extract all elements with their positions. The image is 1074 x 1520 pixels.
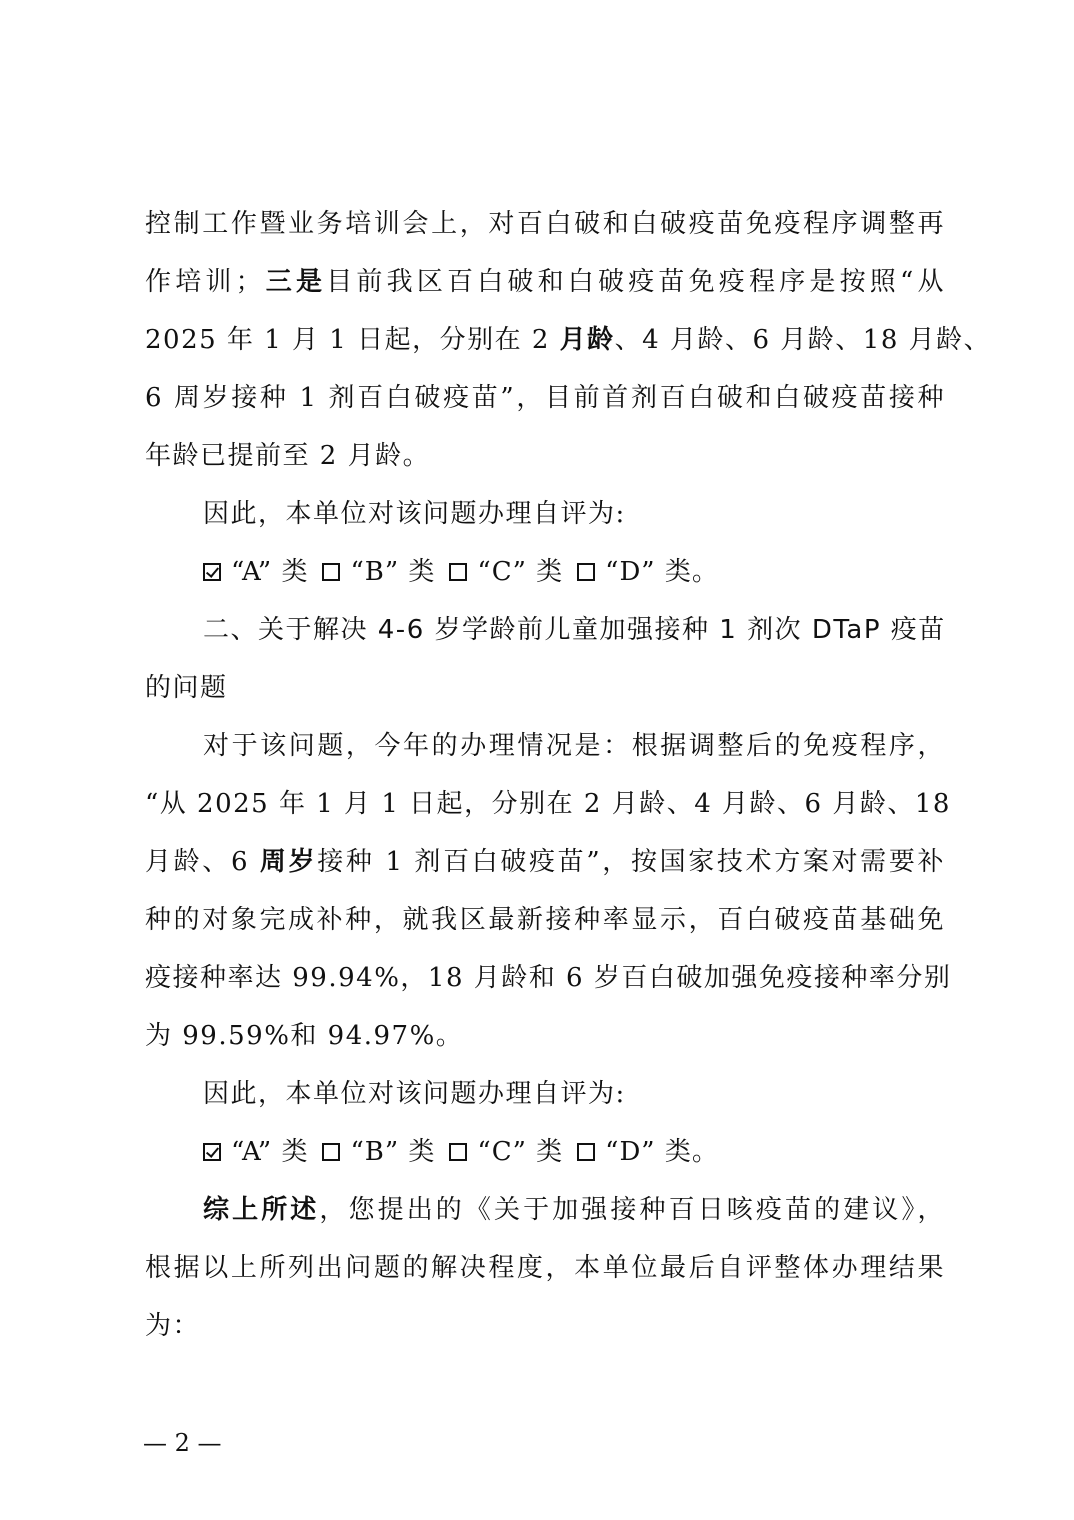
page-number: — 2 — <box>143 1428 222 1458</box>
para2-line2: “从 2025 年 1 月 1 日起，分别在 2 月龄、4 月龄、6 月龄、18 <box>145 788 945 820</box>
para1-line5: 年龄已提前至 2 月龄。 <box>145 440 945 472</box>
para2-line5: 疫接种率达 99.94%，18 月龄和 6 岁百白破加强免疫接种率分别 <box>145 962 945 994</box>
option-b-label: “B” 类 <box>350 556 435 588</box>
conclusion-line3: 为： <box>145 1310 945 1342</box>
conclusion-line2: 根据以上所列出问题的解决程度，本单位最后自评整体办理结果 <box>145 1252 945 1284</box>
document-page: 控制工作暨业务培训会上，对百白破和白破疫苗免疫程序调整再 作培训；三是目前我区百… <box>0 0 1074 1520</box>
para1-line1: 控制工作暨业务培训会上，对百白破和白破疫苗免疫程序调整再 <box>145 208 945 240</box>
para1-line4: 6 周岁接种 1 剂百白破疫苗”，目前首剂百白破和白破疫苗接种 <box>145 382 945 414</box>
checkbox-empty-icon <box>322 1143 340 1161</box>
conclusion-line1-text: ，您提出的《关于加强接种百日咳疫苗的建议》， <box>319 1195 945 1225</box>
para1-line2: 作培训；三是目前我区百白破和白破疫苗免疫程序是按照“从 <box>145 266 945 298</box>
checkbox-empty-icon <box>322 563 340 581</box>
para2-line4: 种的对象完成补种，就我区最新接种率显示，百白破疫苗基础免 <box>145 904 945 936</box>
para2-line3-text-a: 月龄、6 <box>145 847 260 877</box>
self-eval-1-options: “A” 类 “B” 类 “C” 类 “D” 类。 <box>203 556 733 588</box>
para2-line6: 为 99.59%和 94.97%。 <box>145 1020 945 1052</box>
checkbox-empty-icon <box>449 1143 467 1161</box>
para1-line2-text-a: 作培训； <box>145 267 263 297</box>
option-c-label: “C” 类 <box>477 556 563 588</box>
para2-line3: 月龄、6 周岁接种 1 剂百白破疫苗”，按国家技术方案对需要补 <box>145 846 945 878</box>
para2-line3-text-b: 接种 1 剂百白破疫苗”，按国家技术方案对需要补 <box>317 847 945 877</box>
para1-line2-text-b: 目前我区百白破和白破疫苗免疫程序是按照“从 <box>326 267 945 297</box>
para1-line2-bold: 三是 <box>263 267 326 297</box>
option-d-label: “D” 类。 <box>605 556 719 588</box>
para2-line1: 对于该问题，今年的办理情况是：根据调整后的免疫程序， <box>203 730 945 762</box>
self-eval-1-prompt: 因此，本单位对该问题办理自评为: <box>203 498 945 530</box>
checkbox-empty-icon <box>577 563 595 581</box>
self-eval-2-prompt: 因此，本单位对该问题办理自评为: <box>203 1078 945 1110</box>
section2-heading-line1: 二、关于解决 4-6 岁学龄前儿童加强接种 1 剂次 DTaP 疫苗 <box>203 614 945 646</box>
checkbox-empty-icon <box>449 563 467 581</box>
checkbox-empty-icon <box>577 1143 595 1161</box>
option-b-label: “B” 类 <box>350 1136 435 1168</box>
option-a-label: “A” 类 <box>231 1136 308 1168</box>
checkbox-checked-icon <box>203 1143 221 1161</box>
option-c-label: “C” 类 <box>477 1136 563 1168</box>
checkbox-checked-icon <box>203 563 221 581</box>
self-eval-2-options: “A” 类 “B” 类 “C” 类 “D” 类。 <box>203 1136 733 1168</box>
conclusion-line1: 综上所述，您提出的《关于加强接种百日咳疫苗的建议》， <box>203 1194 945 1226</box>
para2-line3-bold: 周岁 <box>260 847 317 877</box>
para1-line3: 2025 年 1 月 1 日起，分别在 2 月龄、4 月龄、6 月龄、18 月龄… <box>145 324 945 356</box>
para1-line3-text-b: 、4 月龄、6 月龄、18 月龄、 <box>615 325 991 355</box>
section2-heading-line2: 的问题 <box>145 672 945 704</box>
option-a-label: “A” 类 <box>231 556 308 588</box>
para1-line3-text-a: 2025 年 1 月 1 日起，分别在 2 <box>145 325 560 355</box>
option-d-label: “D” 类。 <box>605 1136 719 1168</box>
conclusion-bold: 综上所述 <box>203 1195 319 1225</box>
para1-line3-bold: 月龄 <box>560 325 615 355</box>
